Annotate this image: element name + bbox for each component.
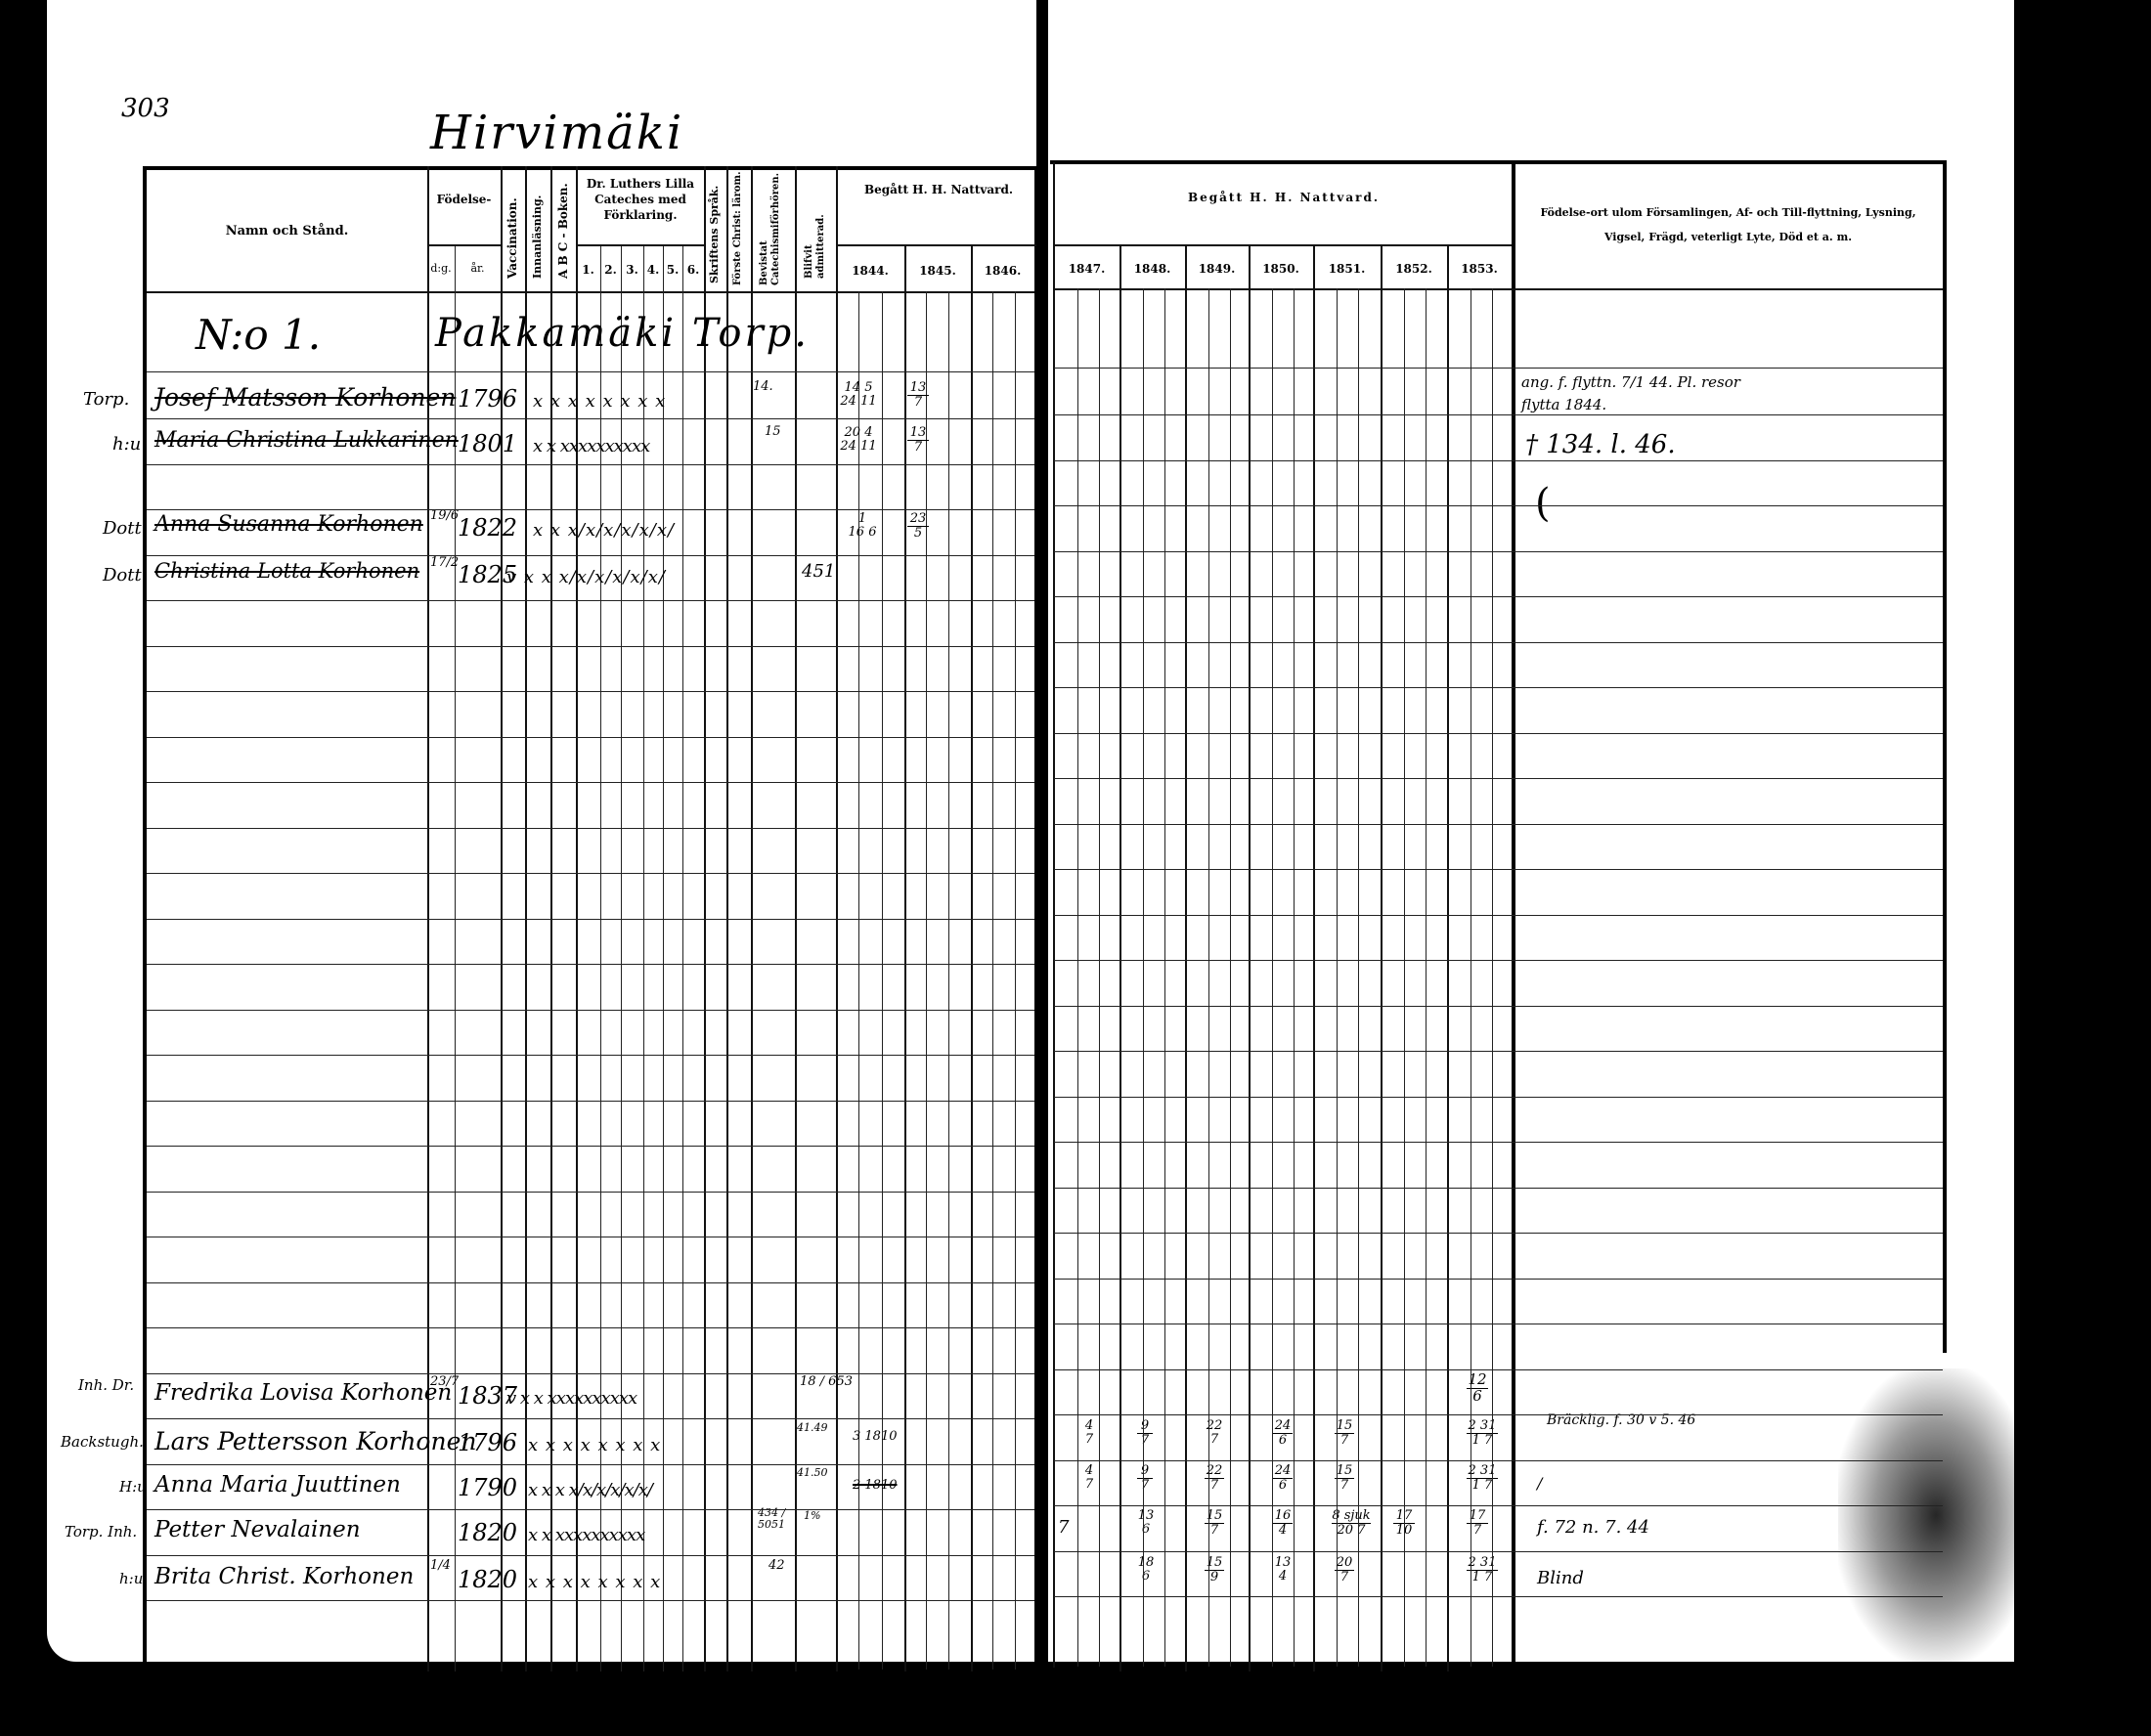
- header-remarks: Födelse-ort ulom Församlingen, Af- och T…: [1520, 200, 1936, 250]
- entry-birth-day: 23/7: [430, 1374, 459, 1389]
- entry-admitted: 41.49: [797, 1421, 828, 1434]
- date-bottom: 24 11: [839, 395, 878, 409]
- row-rule: [1054, 460, 1943, 461]
- row-rule: [147, 1373, 1034, 1374]
- date-bottom: 4: [1273, 1570, 1293, 1584]
- col-divider: [621, 244, 622, 1671]
- date-top: 1: [843, 512, 882, 526]
- row-rule: [147, 509, 1034, 510]
- entry-reading-marks: x x x x x x x x: [533, 391, 666, 412]
- date-bottom: 7: [1205, 1433, 1224, 1447]
- col-subdivider: [1164, 288, 1165, 1667]
- row-rule: [1054, 1006, 1943, 1007]
- entry-margin-note: Backstugh.: [61, 1433, 144, 1451]
- date-top: 9: [1137, 1419, 1153, 1434]
- entry-remarks: f. 72 n. 7. 44: [1537, 1517, 1649, 1538]
- header-luther-part-1: 1.: [576, 262, 600, 278]
- row-rule: [147, 1509, 1034, 1510]
- entry-reading-marks: v x x x/x/x/x/x/x/: [506, 567, 666, 587]
- row-rule: [1054, 1279, 1943, 1280]
- row-rule: [147, 646, 1034, 647]
- communion-1851: 8 sjuk20 7: [1332, 1509, 1371, 1537]
- col-subdivider: [1337, 288, 1338, 1667]
- row-rule: [1054, 1369, 1943, 1370]
- left-page: [47, 0, 1044, 1662]
- entry-birth-year: 1822: [458, 514, 517, 542]
- row-rule: [147, 1327, 1034, 1328]
- communion-1848: 186: [1137, 1556, 1155, 1583]
- date-top: 14 5: [839, 381, 878, 395]
- communion-1847: 47: [1081, 1419, 1097, 1446]
- date-top: 9: [1137, 1464, 1153, 1479]
- row-rule: [147, 1010, 1034, 1011]
- year-1849: 1849.: [1185, 262, 1249, 276]
- row-rule: [147, 964, 1034, 965]
- row-rule: [1054, 505, 1943, 506]
- row-rule: [147, 1600, 1034, 1601]
- col-divider: [1447, 244, 1449, 1671]
- entry-reading-marks: x x x/x/x/x/x/x/: [533, 520, 675, 541]
- row-rule: [147, 464, 1034, 465]
- entry-birth-year: 1790: [458, 1474, 517, 1501]
- date-top: 22: [1205, 1464, 1224, 1479]
- row-rule: [1054, 1097, 1943, 1098]
- farm-name: Pakkamäki Torp.: [435, 311, 810, 356]
- left-header-bottom: [147, 291, 1036, 293]
- date-top: 15: [1205, 1509, 1224, 1524]
- date-top: 24: [1273, 1419, 1293, 1434]
- right-table-right-border: [1943, 160, 1947, 1353]
- communion-1850: 246: [1273, 1464, 1293, 1492]
- year-1850: 1850.: [1249, 262, 1313, 276]
- row-rule: [1054, 368, 1943, 369]
- row-rule: [147, 873, 1034, 874]
- row-rule: [147, 782, 1034, 783]
- communion-1848: 136: [1137, 1509, 1155, 1536]
- col-divider: [904, 244, 906, 1671]
- header-admitted: Blifvit admitterad.: [804, 181, 827, 279]
- row-rule: [1054, 1551, 1943, 1552]
- col-divider: [1249, 244, 1251, 1671]
- header-subrule: [836, 244, 1036, 246]
- entry-margin-note: Inh. Dr.: [78, 1376, 134, 1394]
- communion-1845: 3 1810: [853, 1429, 898, 1444]
- entry-birth-day: 17/2: [430, 555, 459, 570]
- entry-birth-year: 1820: [458, 1519, 517, 1546]
- communion-1849: 159: [1205, 1556, 1224, 1584]
- row-rule: [147, 828, 1034, 829]
- date-top: 15: [1335, 1419, 1354, 1434]
- row-rule: [1054, 824, 1943, 825]
- row-rule: [1054, 1324, 1943, 1324]
- row-rule: [147, 418, 1034, 419]
- col-subdivider: [1015, 291, 1016, 1670]
- date-top: 13: [907, 426, 929, 441]
- right-header-bottom: [1054, 288, 1943, 290]
- row-rule: [1054, 1233, 1943, 1234]
- col-divider: [455, 244, 456, 1671]
- entry-birth-year: 1801: [458, 430, 517, 457]
- entry-birth-day: 1/4: [430, 1558, 451, 1573]
- row-rule: [1054, 1596, 1943, 1597]
- entry-name: Josef Matsson Korhonen: [154, 383, 456, 412]
- communion-1851: 157: [1335, 1419, 1354, 1447]
- row-rule: [147, 1464, 1034, 1465]
- year-1845: 1845.: [904, 264, 971, 278]
- row-rule: [147, 555, 1034, 556]
- entry-margin-note: h:u: [119, 1570, 143, 1587]
- entry-name: Christina Lotta Korhonen: [154, 559, 419, 583]
- communion-1844: 116 6: [843, 512, 882, 539]
- entry-name: Petter Nevalainen: [154, 1517, 361, 1542]
- header-luther-part-5: 5.: [663, 262, 682, 278]
- entry-reading-marks: x x x x/x/x/x/x/x/: [528, 1480, 652, 1500]
- communion-1849: 157: [1205, 1509, 1224, 1537]
- entry-margin-note: Torp.: [83, 389, 129, 410]
- date-bottom: 7: [1205, 1479, 1224, 1493]
- date-bottom: 7: [1081, 1478, 1097, 1492]
- date-bottom: 7: [1137, 1434, 1153, 1448]
- entry-reading-marks: x x x x x x x x: [528, 1572, 661, 1592]
- communion-1844: 20 424 11: [839, 426, 878, 453]
- row-rule: [147, 691, 1034, 692]
- date-top: 20 4: [839, 426, 878, 440]
- date-top: 20: [1335, 1556, 1354, 1571]
- entry-catechism: 434 / 5051: [758, 1507, 791, 1531]
- entry-reading-marks: x x xxxxxxxxxx: [533, 436, 649, 456]
- ledger-scan: 303 Hirvimäki Namn och Stånd. Födelse- d…: [0, 0, 2151, 1736]
- col-subdivider: [1404, 288, 1405, 1667]
- entry-margin-note: H:u: [119, 1478, 147, 1496]
- year-1847: 1847.: [1054, 262, 1119, 276]
- communion-1849: 227: [1205, 1419, 1224, 1446]
- row-rule: [147, 1555, 1034, 1556]
- entry-admitted: 18 / 653: [800, 1374, 853, 1389]
- date-bottom: 24 11: [839, 440, 878, 454]
- col-subdivider: [1099, 288, 1100, 1667]
- col-divider: [971, 244, 973, 1671]
- date-bottom: 9: [1205, 1571, 1224, 1584]
- row-rule: [1054, 778, 1943, 779]
- entry-admitted: 451: [802, 561, 835, 582]
- date-bottom: 5: [907, 527, 929, 541]
- row-rule: [147, 919, 1034, 920]
- row-rule: [1054, 733, 1943, 734]
- entry-margin-note: h:u: [112, 434, 141, 455]
- date-bottom: 20 7: [1332, 1524, 1371, 1538]
- date-bottom: 6: [1273, 1479, 1293, 1493]
- date-top: 23: [907, 512, 929, 527]
- communion-1845: 137: [907, 381, 929, 409]
- header-birth-day: d:g.: [427, 262, 455, 277]
- communion-1850: 246: [1273, 1419, 1293, 1447]
- col-divider: [1034, 166, 1038, 1671]
- row-rule: [1054, 551, 1943, 552]
- communion-1844: 14 524 11: [839, 381, 878, 408]
- row-rule: [1054, 687, 1943, 688]
- entry-birth-day: 19/6: [430, 508, 459, 523]
- row-rule: [1054, 1051, 1943, 1052]
- page-number: 303: [121, 94, 170, 123]
- header-luther-catechism: Dr. Luthers Lilla Cateches med Förklarin…: [579, 176, 702, 224]
- village-title: Hirvimäki: [430, 106, 683, 160]
- left-table-top-border: [143, 166, 1040, 170]
- date-bottom: 7: [1335, 1434, 1354, 1448]
- entry-margin-note: Dott.: [103, 518, 147, 539]
- row-rule: [1054, 1460, 1943, 1461]
- header-communion-left: Begått H. H. Nattvard.: [860, 182, 1017, 197]
- row-rule: [147, 737, 1034, 738]
- col-divider: [1185, 244, 1187, 1671]
- row-rule: [1054, 869, 1943, 870]
- entry-admitted: 1%: [804, 1509, 820, 1522]
- header-luther-part-3: 3.: [621, 262, 643, 278]
- scan-edge-shadow: [2014, 0, 2151, 1736]
- date-bottom: 16 6: [843, 526, 882, 540]
- header-subrule: [1054, 244, 1512, 246]
- communion-1850: 164: [1273, 1509, 1293, 1537]
- year-1848: 1848.: [1119, 262, 1185, 276]
- date-top: 15: [1205, 1556, 1224, 1571]
- right-table-top-border: [1050, 160, 1946, 164]
- header-name-and-status: Namn och Stånd.: [147, 223, 427, 240]
- entry-name: Fredrika Lovisa Korhonen: [154, 1380, 452, 1406]
- row-rule: [1054, 1414, 1943, 1415]
- col-subdivider: [926, 291, 927, 1670]
- communion-1850: 134: [1273, 1556, 1293, 1583]
- row-rule: [147, 1282, 1034, 1283]
- row-rule: [1054, 642, 1943, 643]
- entry-name: Anna Maria Juuttinen: [154, 1472, 401, 1497]
- header-luther-part-4: 4.: [643, 262, 663, 278]
- date-top: 4: [1081, 1419, 1097, 1433]
- entry-admitted: 15: [765, 424, 781, 439]
- date-bottom: 7: [1335, 1571, 1354, 1584]
- entry-admitted: 41.50: [797, 1466, 828, 1479]
- row-rule: [1054, 596, 1943, 597]
- entry-remarks: Bräcklig. f. 30 v 5. 46: [1547, 1408, 1762, 1434]
- entry-remarks: (: [1535, 481, 1551, 526]
- date-top: 22: [1205, 1419, 1224, 1433]
- year-1846: 1846.: [971, 264, 1034, 278]
- header-christian-teaching: Förste Christ: lärom.: [732, 171, 743, 285]
- header-birth: Födelse-: [427, 192, 501, 207]
- communion-1849: 227: [1205, 1464, 1224, 1492]
- date-bottom: 6: [1137, 1523, 1155, 1537]
- date-bottom: 6: [1137, 1570, 1155, 1584]
- header-catechism-exams: Bevistat Catechismiförhören.: [759, 178, 782, 285]
- date-top: 18: [1137, 1556, 1155, 1570]
- col-divider: [600, 244, 601, 1671]
- col-divider: [663, 244, 664, 1671]
- col-subdivider: [1143, 288, 1144, 1667]
- header-abc-book: A B C - Boken.: [556, 183, 570, 279]
- row-rule: [147, 1192, 1034, 1193]
- col-subdivider: [1294, 288, 1295, 1667]
- date-bottom: 7: [907, 396, 929, 410]
- col-subdivider: [1471, 288, 1471, 1667]
- row-rule: [1054, 1188, 1943, 1189]
- date-top: 24: [1273, 1464, 1293, 1479]
- communion-1848: 97: [1137, 1464, 1153, 1492]
- entry-reading-marks: x x xxxxxxxxxx: [528, 1525, 644, 1545]
- date-top: 16: [1273, 1509, 1293, 1524]
- row-rule: [147, 1418, 1034, 1419]
- entry-reading-marks: v x x xxxxxxxxxx: [506, 1388, 637, 1409]
- entry-catechism: 42: [768, 1558, 785, 1573]
- ink-smudge: [1838, 1368, 2034, 1662]
- col-divider: [643, 244, 644, 1671]
- col-subdivider: [1230, 288, 1231, 1667]
- header-vaccination: Vaccination.: [505, 197, 519, 279]
- date-bottom: 4: [1273, 1524, 1293, 1538]
- col-divider: [1313, 244, 1315, 1671]
- header-luther-part-6: 6.: [682, 262, 704, 278]
- header-subrule: [576, 244, 704, 246]
- date-bottom: 7: [1205, 1524, 1224, 1538]
- date-top: 15: [1335, 1464, 1354, 1479]
- entry-remarks: /: [1537, 1474, 1542, 1493]
- communion-1845: 235: [907, 512, 929, 540]
- entry-name: Brita Christ. Korhonen: [154, 1564, 414, 1589]
- entry-name: Anna Susanna Korhonen: [154, 512, 423, 537]
- communion-1845: 2 1810: [853, 1478, 898, 1493]
- communion-1851: 157: [1335, 1464, 1354, 1492]
- date-top: 13: [1137, 1509, 1155, 1523]
- year-1852: 1852.: [1381, 262, 1447, 276]
- date-bottom: 6: [1273, 1434, 1293, 1448]
- entry-reading-marks: x x x x x x x x: [528, 1435, 661, 1455]
- date-top: 8 sjuk: [1332, 1509, 1371, 1524]
- entry-admitted: 14.: [753, 379, 773, 394]
- year-1853: 1853.: [1447, 262, 1512, 276]
- date-bottom: 7: [907, 441, 929, 455]
- col-subdivider: [1426, 288, 1427, 1667]
- row-rule: [1054, 414, 1943, 415]
- communion-1848: 97: [1137, 1419, 1153, 1447]
- row-rule: [1054, 960, 1943, 961]
- row-rule: [147, 1237, 1034, 1237]
- entry-margin-note: Dott.: [103, 565, 147, 586]
- date-top: 4: [1081, 1464, 1097, 1478]
- entry-birth-year: 1796: [458, 385, 517, 412]
- col-subdivider: [858, 291, 859, 1670]
- col-divider: [1119, 244, 1121, 1671]
- household-number: N:o 1.: [196, 311, 321, 359]
- communion-1845: 137: [907, 426, 929, 454]
- year-1851: 1851.: [1313, 262, 1381, 276]
- date-bottom: 7: [1335, 1479, 1354, 1493]
- col-subdivider: [948, 291, 949, 1670]
- row-rule: [147, 600, 1034, 601]
- date-bottom: 7: [1137, 1479, 1153, 1493]
- col-subdivider: [1272, 288, 1273, 1667]
- col-subdivider: [882, 291, 883, 1670]
- row-rule: [147, 371, 1034, 372]
- col-subdivider: [1077, 288, 1078, 1667]
- entry-name: Maria Christina Lukkarinen: [154, 428, 459, 453]
- col-subdivider: [1358, 288, 1359, 1667]
- entry-margin-note: Torp. Inh.: [65, 1523, 137, 1541]
- header-subrule: [427, 244, 501, 246]
- entry-birth-year: 1820: [458, 1566, 517, 1593]
- col-divider: [682, 244, 683, 1671]
- date-top: 13: [1273, 1556, 1293, 1570]
- header-scripture: Skriftens Språk.: [708, 186, 721, 283]
- date-bottom: 7: [1081, 1433, 1097, 1447]
- entry-remarks: † 134. l. 46.: [1525, 430, 1676, 459]
- row-rule: [1054, 1505, 1943, 1506]
- row-rule: [147, 1101, 1034, 1102]
- year-1844: 1844.: [836, 264, 904, 278]
- entry-remarks: Blind: [1537, 1568, 1584, 1588]
- col-subdivider: [992, 291, 993, 1670]
- communion-1851: 207: [1335, 1556, 1354, 1584]
- row-rule: [147, 1146, 1034, 1147]
- row-rule: [147, 1055, 1034, 1056]
- communion-1847: 47: [1081, 1464, 1097, 1491]
- col-subdivider: [1208, 288, 1209, 1667]
- entry-name: Lars Pettersson Korhonen: [154, 1427, 476, 1455]
- date-top: 13: [907, 381, 929, 396]
- col-subdivider: [1492, 288, 1493, 1667]
- col-divider: [1381, 244, 1383, 1671]
- header-communion-right: Begått H. H. Nattvard.: [1056, 190, 1512, 205]
- entry-birth-year: 1796: [458, 1429, 517, 1456]
- header-reading: Innanläsning.: [531, 195, 544, 279]
- communion-1847: 7: [1058, 1517, 1069, 1538]
- header-luther-part-2: 2.: [600, 262, 621, 278]
- row-rule: [1054, 1142, 1943, 1143]
- header-birth-year: år.: [455, 262, 501, 277]
- row-rule: [1054, 915, 1943, 916]
- entry-remarks: ang. f. flyttn. 7/1 44. Pl. resor flytta…: [1521, 371, 1746, 415]
